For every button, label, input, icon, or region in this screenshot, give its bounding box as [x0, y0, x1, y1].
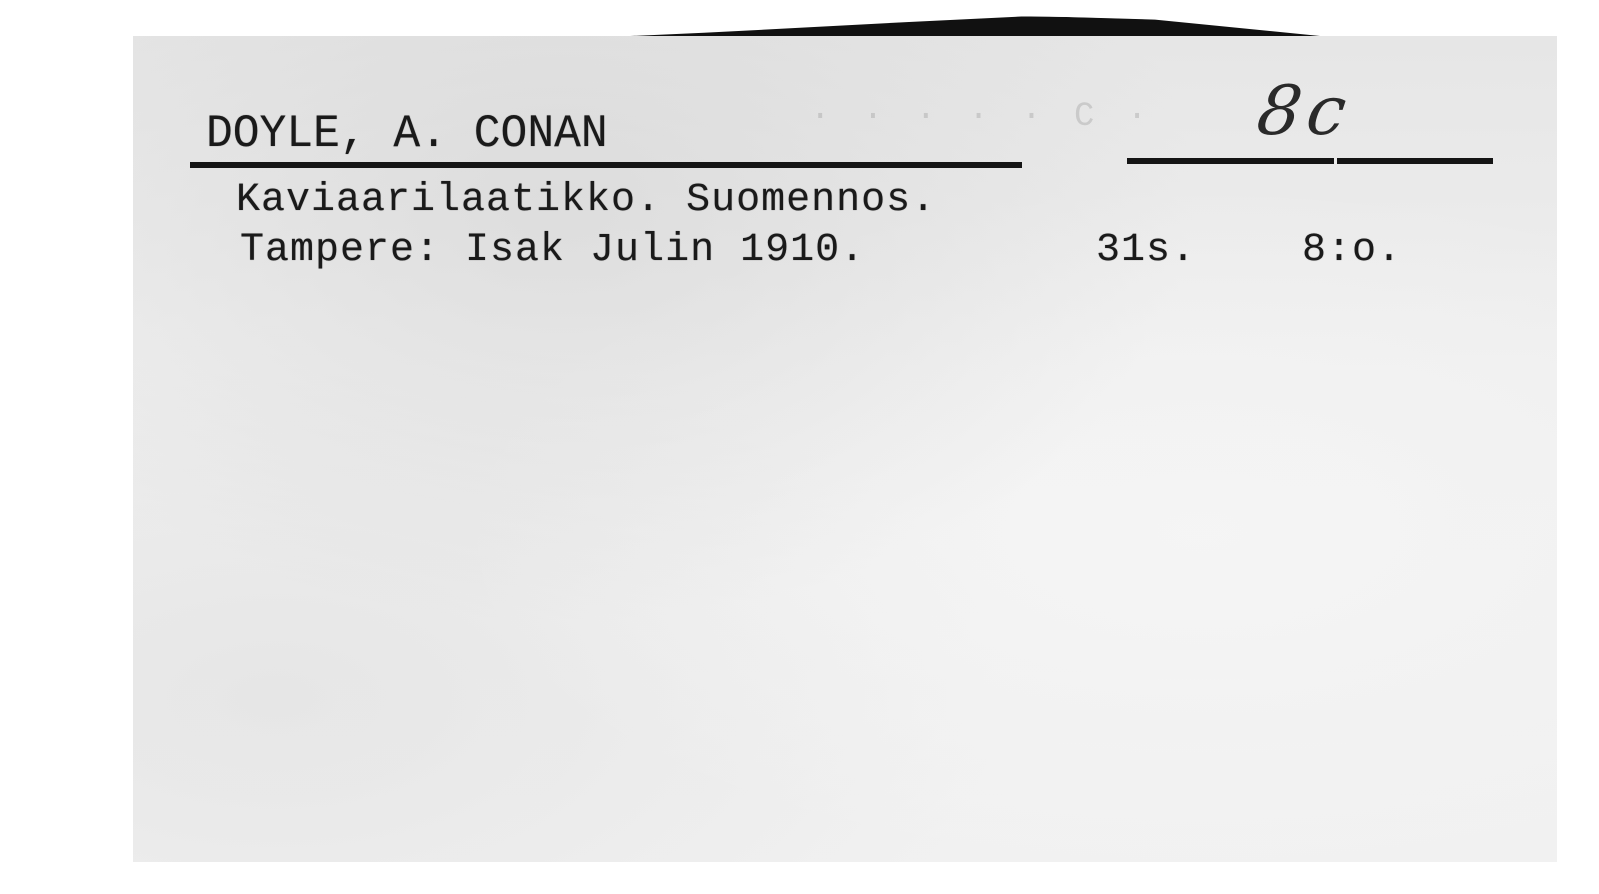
imprint-line: Tampere: Isak Julin 1910.	[240, 228, 865, 273]
faint-bleed-through-marks: · · · · · C ·	[810, 98, 1153, 136]
author-heading: DOYLE, A. CONAN	[206, 108, 608, 160]
handwritten-call-number: 8c	[1252, 72, 1356, 151]
heading-underline	[190, 162, 1022, 168]
call-number-underline	[1127, 158, 1493, 164]
book-format: 8:o.	[1302, 228, 1402, 273]
page-count: 31s.	[1096, 228, 1196, 273]
underline-gap	[1334, 158, 1337, 164]
title-line: Kaviaarilaatikko. Suomennos.	[236, 178, 936, 223]
